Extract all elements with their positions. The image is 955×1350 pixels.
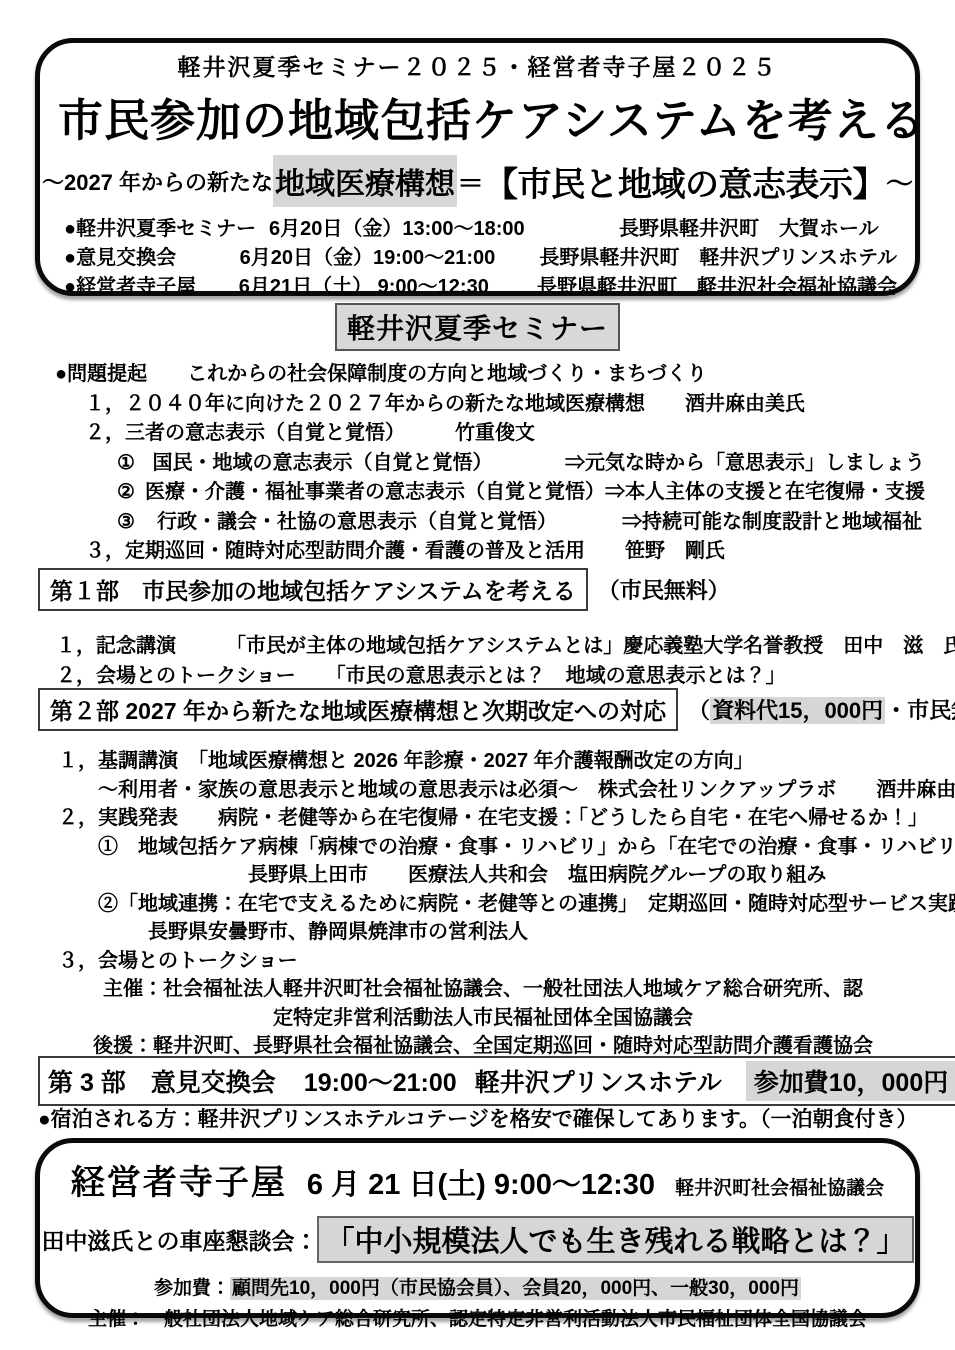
part2-heading: 第２部 2027 年から新たな地域医療構想と次期改定への対応: [38, 688, 678, 731]
event-row: ●意見交換会 6月20日（金）19:00～21:00 長野県軽井沢町 軽井沢プリ…: [64, 244, 897, 273]
subtitle-highlight: 地域医療構想: [273, 155, 457, 207]
subitem-number: ③: [117, 508, 157, 538]
subitem-text: 国民・地域の意志表示（自覚と覚悟）: [152, 449, 565, 479]
part1-section: 第１部 市民参加の地域包括ケアシステムを考える （市民無料） １，記念講演 「市…: [38, 568, 928, 691]
terakoya-talk-label: 田中滋氏との車座懇談会：: [41, 1223, 317, 1256]
part1-heading-row: 第１部 市民参加の地域包括ケアシステムを考える （市民無料）: [38, 568, 928, 611]
event-place: 長野県軽井沢町 軽井沢プリンスホテル: [539, 244, 897, 273]
agenda-item: ３，定期巡回・随時対応型訪問介護・看護の普及と活用 笹野 剛氏: [85, 537, 925, 567]
agenda-item: １，２０４０年に向けた２０２７年からの新たな地域医療構想 酒井麻由美氏: [85, 390, 925, 420]
part2-line: 長野県上田市 医療法人共和会 塩田病院グループの取り組み: [248, 861, 928, 890]
page-title: 市民参加の地域包括ケアシステムを考える: [58, 84, 897, 149]
subtitle-main: 【市民と地域の意志表示】: [484, 157, 886, 206]
seminar-heading-wrap: 軽井沢夏季セミナー: [0, 303, 955, 351]
subtitle: ～2027 年からの新たな 地域医療構想 ＝ 【市民と地域の意志表示】 ～: [58, 155, 897, 207]
part2-note: （資料代15，000円・市民無料）: [688, 694, 955, 725]
terakoya-title: 経営者寺子屋: [71, 1155, 287, 1204]
part1-note: （市民無料）: [598, 574, 730, 605]
terakoya-heading-row: 経営者寺子屋 6 月 21 日(土) 9:00～12:30 軽井沢町社会福祉協議…: [40, 1155, 915, 1204]
part2-line: ～利用者・家族の意思表示と地域の意思表示は必須～ 株式会社リンクアップラボ 酒井…: [98, 776, 928, 805]
part1-line: １，記念講演 「市民が主体の地域包括ケアシステムとは」慶応義塾大学名誉教授 田中…: [56, 631, 928, 661]
subtitle-prefix: ～2027 年からの新たな: [42, 166, 273, 197]
event-name: ●経営者寺子屋: [64, 273, 239, 302]
event-row: ●軽井沢夏季セミナー 6月20日（金）13:00～18:00 長野県軽井沢町 大…: [64, 215, 897, 244]
terakoya-datetime: 6 月 21 日(土) 9:00～12:30: [307, 1162, 655, 1203]
part2-line: ②「地域連携：在宅で支えるために病院・老健等との連携」 定期巡回・随時対応型サー…: [98, 890, 928, 919]
hero-box: 軽井沢夏季セミナー２０２５・経営者寺子屋２０２５ 市民参加の地域包括ケアシステム…: [35, 38, 920, 296]
subitem-number: ①: [117, 449, 152, 479]
seminar-heading: 軽井沢夏季セミナー: [335, 303, 620, 351]
part2-line: 長野県安曇野市、静岡県焼津市の営利法人: [148, 918, 928, 947]
part2-line: １，基調講演 「地域医療構想と 2026 年診療・2027 年介護報酬改定の方向…: [58, 747, 928, 776]
flyer-page: 軽井沢夏季セミナー２０２５・経営者寺子屋２０２５ 市民参加の地域包括ケアシステム…: [0, 0, 955, 1350]
terakoya-box: 経営者寺子屋 6 月 21 日(土) 9:00～12:30 軽井沢町社会福祉協議…: [35, 1138, 920, 1318]
part3-heading: 第 3 部 意見交換会: [48, 1063, 276, 1099]
subitem-arrow-note: ⇒持続可能な制度設計と地域福祉: [622, 508, 922, 538]
part2-heading-row: 第２部 2027 年から新たな地域医療構想と次期改定への対応 （資料代15，00…: [38, 688, 928, 731]
event-name: ●軽井沢夏季セミナー: [64, 215, 269, 244]
event-time: 6月20日（金）13:00～18:00: [269, 215, 619, 244]
subitem-arrow-note: ⇒元気な時から「意思表示」しましょう: [565, 449, 925, 479]
agenda-subitem: ③ 行政・議会・社協の意思表示（自覚と覚悟） ⇒持続可能な制度設計と地域福祉: [117, 508, 925, 538]
subtitle-equals: ＝: [457, 162, 484, 201]
part2-line: ① 地域包括ケア病棟「病棟での治療・食事・リハビリ」から「在宅での治療・食事・リ…: [98, 833, 928, 862]
part3-time: 19:00～21:00: [304, 1063, 457, 1099]
part2-note-fee-highlight: 資料代15，000円: [710, 697, 885, 724]
part3-heading-box: 第 3 部 意見交換会 19:00～21:00 軽井沢プリンスホテル 参加費10…: [38, 1056, 955, 1106]
event-place: 長野県軽井沢町 大賀ホール: [619, 215, 897, 244]
terakoya-venue: 軽井沢町社会福祉協議会: [675, 1173, 884, 1200]
event-series-name: 軽井沢夏季セミナー２０２５・経営者寺子屋２０２５: [58, 49, 897, 82]
part2-note-open: （: [688, 698, 710, 723]
event-place: 長野県軽井沢町 軽井沢社会福祉協議会: [537, 273, 897, 302]
terakoya-fee-label: 参加費：: [154, 1278, 230, 1299]
event-schedule-list: ●軽井沢夏季セミナー 6月20日（金）13:00～18:00 長野県軽井沢町 大…: [58, 215, 897, 302]
subitem-number: ②: [117, 478, 145, 508]
agenda-subitem: ② 医療・介護・福祉事業者の意志表示（自覚と覚悟） ⇒本人主体の支援と在宅復帰・…: [117, 478, 925, 508]
organizer-line: 定特定非営利活動法人市民福祉団体全国協議会: [38, 1004, 928, 1033]
terakoya-talk-highlight: 「中小規模法人でも生き残れる戦略とは？」: [317, 1216, 913, 1263]
agenda-subitem: ① 国民・地域の意志表示（自覚と覚悟） ⇒元気な時から「意思表示」しましょう: [117, 449, 925, 479]
part3-fee-highlight: 参加費10，000円: [746, 1061, 955, 1101]
lodging-note: ●宿泊される方：軽井沢プリンスホテルコテージを格安で確保してあります。（一泊朝食…: [38, 1103, 918, 1133]
part2-section: 第２部 2027 年から新たな地域医療構想と次期改定への対応 （資料代15，00…: [38, 688, 928, 1061]
terakoya-talk-row: 田中滋氏との車座懇談会： 「中小規模法人でも生き残れる戦略とは？」: [40, 1216, 915, 1263]
part2-line: ３，会場とのトークショー: [58, 947, 928, 976]
agenda-item: ２，三者の意志表示（自覚と覚悟） 竹重俊文: [85, 419, 925, 449]
agenda-lead: ●問題提起 これからの社会保障制度の方向と地域づくり・まちづくり: [55, 360, 925, 390]
part2-note-rest: ・市民無料）: [885, 698, 955, 723]
part3-place: 軽井沢プリンスホテル: [475, 1063, 722, 1099]
part1-line: ２，会場とのトークショー 「市民の意思表示とは？ 地域の意思表示とは？」: [56, 661, 928, 691]
agenda-section: ●問題提起 これからの社会保障制度の方向と地域づくり・まちづくり １，２０４０年…: [55, 360, 925, 567]
subtitle-suffix: ～: [886, 162, 913, 201]
part3-section: 第 3 部 意見交換会 19:00～21:00 軽井沢プリンスホテル 参加費10…: [38, 1056, 928, 1106]
terakoya-fee-highlight: 顧問先10，000円（市民協会員）、会員20，000円、一般30，000円: [230, 1277, 801, 1300]
event-row: ●経営者寺子屋 6月21日（土） 9:00～12:30 長野県軽井沢町 軽井沢社…: [64, 273, 897, 302]
event-time: 6月21日（土） 9:00～12:30: [239, 273, 537, 302]
part2-lines: １，基調講演 「地域医療構想と 2026 年診療・2027 年介護報酬改定の方向…: [38, 747, 928, 1061]
terakoya-organizer: 主催：一般社団法人地域ケア総合研究所、認定特定非営利活動法人市民福祉団体全国協議…: [40, 1304, 915, 1331]
event-time: 6月20日（金）19:00～21:00: [240, 244, 540, 273]
subitem-text: 医療・介護・福祉事業者の意志表示（自覚と覚悟）: [145, 478, 605, 508]
part1-heading: 第１部 市民参加の地域包括ケアシステムを考える: [38, 568, 588, 611]
terakoya-fee-row: 参加費：顧問先10，000円（市民協会員）、会員20，000円、一般30，000…: [40, 1273, 915, 1300]
organizer-line: 主催：社会福祉法人軽井沢町社会福祉協議会、一般社団法人地域ケア総合研究所、認: [38, 975, 928, 1004]
subitem-text: 行政・議会・社協の意思表示（自覚と覚悟）: [157, 508, 622, 538]
subitem-arrow-note: ⇒本人主体の支援と在宅復帰・支援: [605, 478, 925, 508]
event-name: ●意見交換会: [64, 244, 240, 273]
part2-line: ２，実践発表 病院・老健等から在宅復帰・在宅支援：「どうしたら自宅・在宅へ帰せる…: [58, 804, 928, 833]
part1-lines: １，記念講演 「市民が主体の地域包括ケアシステムとは」慶応義塾大学名誉教授 田中…: [56, 631, 928, 691]
